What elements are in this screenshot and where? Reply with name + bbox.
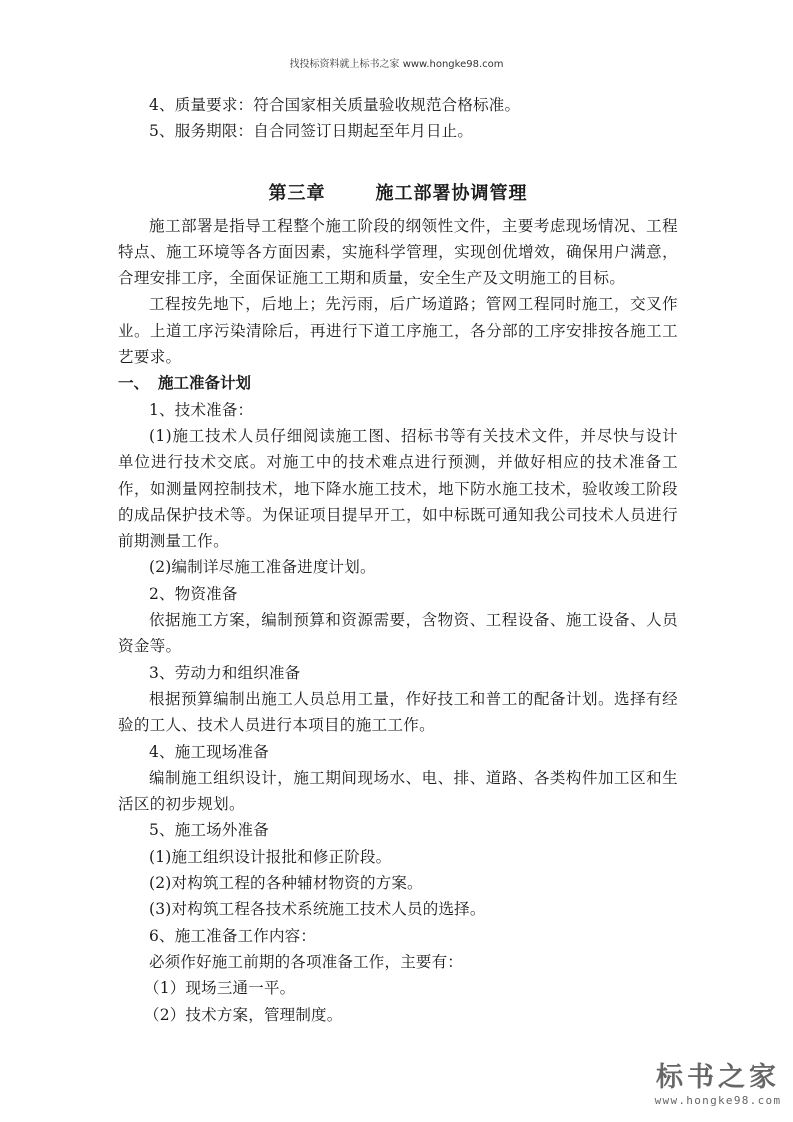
site-prep-heading: 4、施工现场准备 [118, 739, 678, 765]
offsite-prep-item-2: (2)对构筑工程的各种辅材物资的方案。 [118, 870, 678, 896]
offsite-prep-heading: 5、施工场外准备 [118, 817, 678, 843]
section-heading: 一、施工准备计划 [118, 370, 678, 396]
tech-prep-heading: 1、技术准备： [118, 397, 678, 423]
chapter-number: 第三章 [269, 183, 326, 204]
material-prep-heading: 2、物资准备 [118, 581, 678, 607]
section-title: 施工准备计划 [158, 374, 251, 392]
section-number: 一、 [118, 370, 158, 396]
labor-prep-heading: 3、劳动力和组织准备 [118, 660, 678, 686]
prep-content-intro: 必须作好施工前期的各项准备工作，主要有： [118, 949, 678, 975]
paragraph-deployment: 施工部署是指导工程整个施工阶段的纲领性文件，主要考虑现场情况、工程特点、施工环境… [118, 213, 678, 292]
offsite-prep-item-3: (3)对构筑工程各技术系统施工技术人员的选择。 [118, 896, 678, 922]
tech-prep-item-1: (1)施工技术人员仔细阅读施工图、招标书等有关技术文件，并尽快与设计单位进行技术… [118, 423, 678, 554]
prep-content-heading: 6、施工准备工作内容： [118, 923, 678, 949]
logo-title: 标书之家 [648, 1062, 788, 1094]
quality-requirement: 4、质量要求：符合国家相关质量验收规范合格标准。 [118, 92, 678, 118]
material-prep-text: 依据施工方案，编制预算和资源需要，含物资、工程设备、施工设备、人员资金等。 [118, 607, 678, 660]
prep-content-item-1: （1）现场三通一平。 [118, 975, 678, 1001]
document-page: 4、质量要求：符合国家相关质量验收规范合格标准。 5、服务期限：自合同签订日期起… [118, 92, 678, 1028]
site-logo: 标书之家 www.hongke98.com [648, 1062, 788, 1108]
page-header-watermark: 找投标资料就上标书之家 www.hongke98.com [0, 55, 793, 70]
tech-prep-item-2: (2)编制详尽施工准备进度计划。 [118, 554, 678, 580]
offsite-prep-item-1: (1)施工组织设计报批和修正阶段。 [118, 844, 678, 870]
chapter-title: 第三章施工部署协调管理 [118, 179, 678, 205]
chapter-name: 施工部署协调管理 [376, 183, 528, 204]
logo-url: www.hongke98.com [648, 1094, 788, 1108]
paragraph-sequence: 工程按先地下，后地上；先污雨，后广场道路；管网工程同时施工，交叉作业。上道工序污… [118, 291, 678, 370]
prep-content-item-2: （2）技术方案，管理制度。 [118, 1002, 678, 1028]
site-prep-text: 编制施工组织设计，施工期间现场水、电、排、道路、各类构件加工区和生活区的初步规划… [118, 765, 678, 818]
service-period: 5、服务期限：自合同签订日期起至年月日止。 [118, 118, 678, 144]
labor-prep-text: 根据预算编制出施工人员总用工量，作好技工和普工的配备计划。选择有经验的工人、技术… [118, 686, 678, 739]
